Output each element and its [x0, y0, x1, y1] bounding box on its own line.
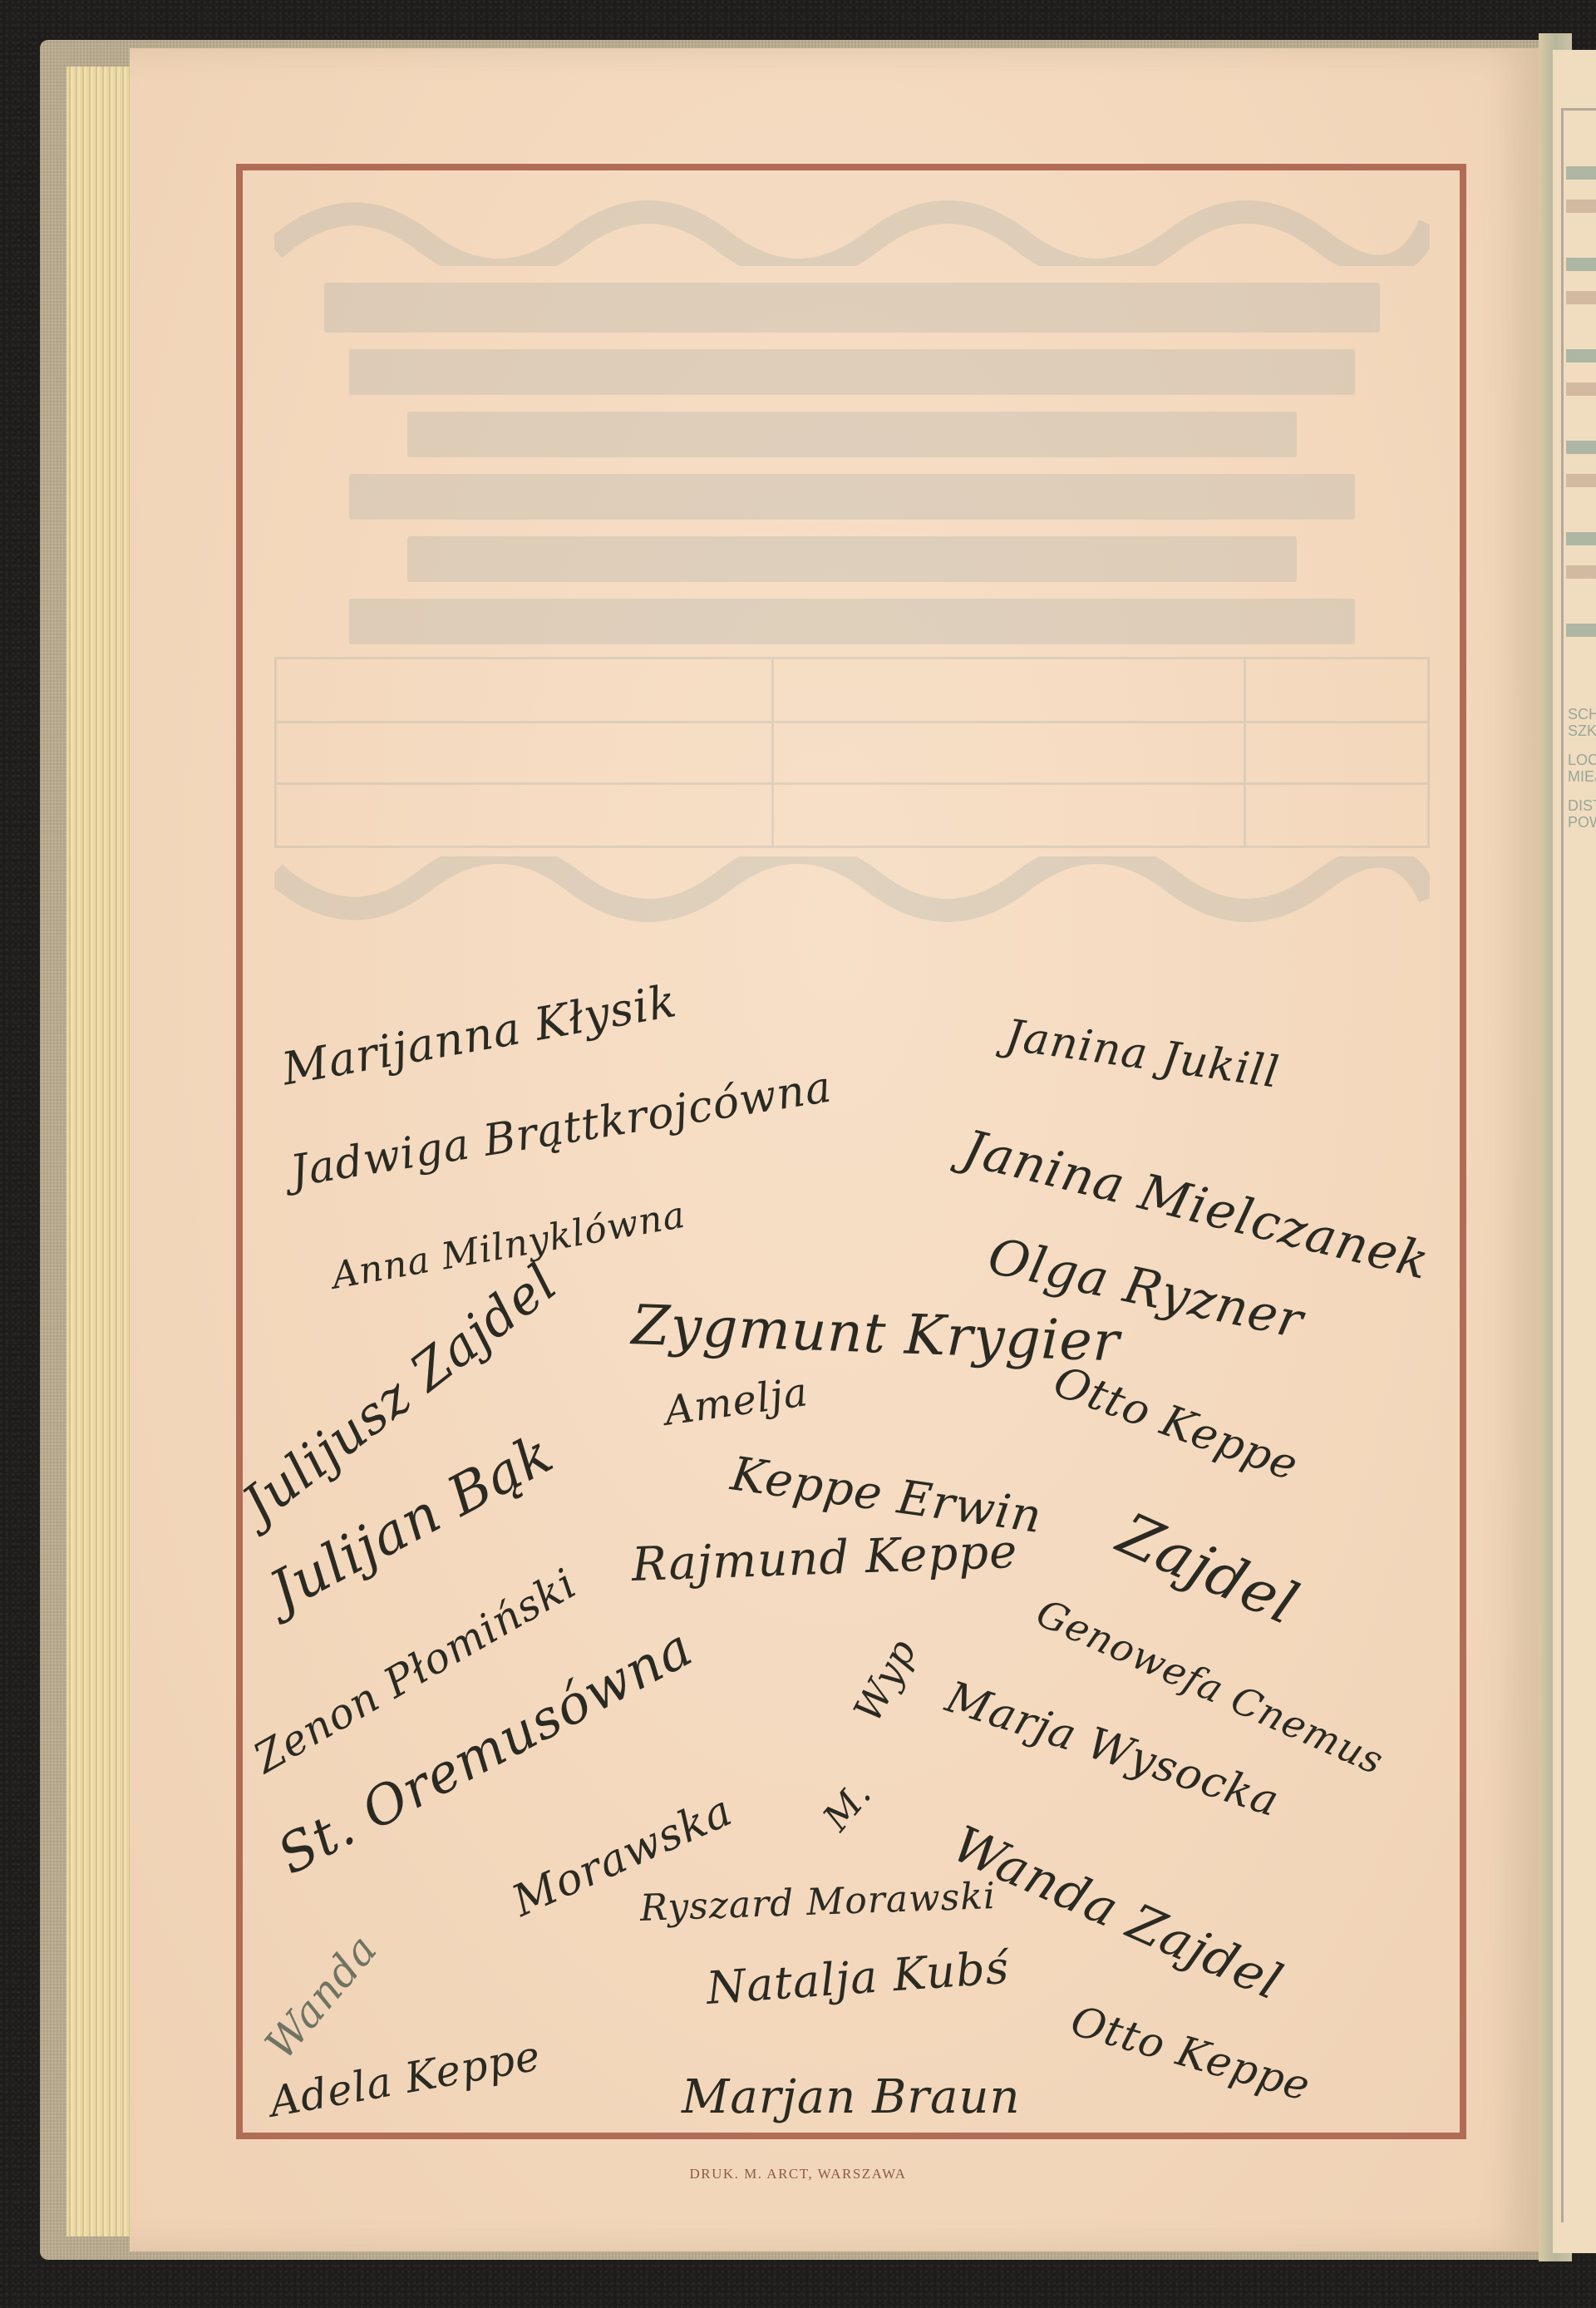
- adjacent-label: POWI: [1568, 815, 1596, 831]
- printer-imprint: DRUK. M. ARCT, WARSZAWA: [0, 2166, 1596, 2182]
- adjacent-label: SZKOŁ: [1568, 723, 1596, 739]
- page-block-edges: [66, 67, 131, 2236]
- adjacent-label: DISTR: [1568, 798, 1596, 814]
- adjacent-label: LOCAL: [1568, 752, 1596, 768]
- adjacent-label: MIEJS: [1568, 769, 1596, 785]
- adjacent-label: SCHOO: [1568, 707, 1596, 722]
- adjacent-page: SCHOO SZKOŁ LOCAL MIEJS DISTR POWI: [1553, 50, 1596, 2253]
- adjacent-page-ornament: [1566, 141, 1596, 640]
- signature: Marjan Braun: [682, 2070, 1021, 2124]
